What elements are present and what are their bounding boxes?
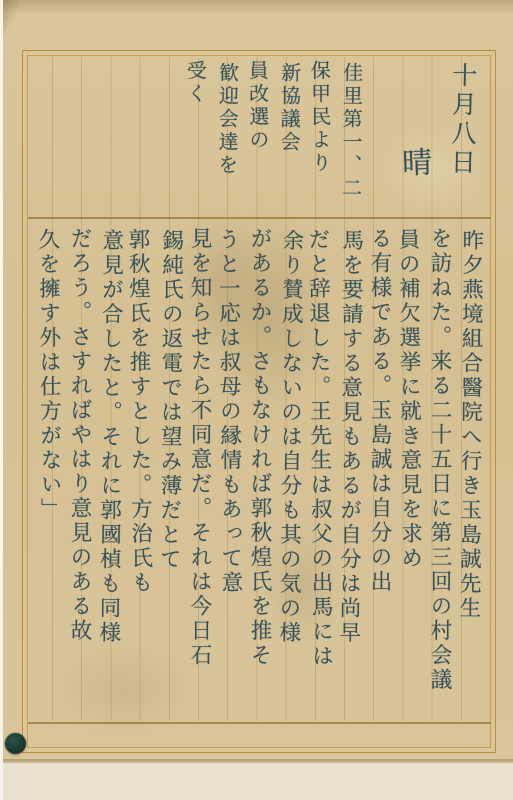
scanned-diary-page: 十月八日 晴 佳里第一、二保甲民より新協議会員改選の歓迎会達を受く 昨夕燕境組合… bbox=[0, 0, 513, 800]
margin-note-column: 保甲民より bbox=[298, 60, 330, 226]
handwritten-column: 意見が合したと。それに郭國楨も同様 bbox=[88, 229, 122, 721]
handwritten-column: うと一応は叔母の縁情もあって意 bbox=[208, 228, 242, 720]
paper-bottom-edge bbox=[3, 759, 513, 764]
diary-body-columns: 昨夕燕境組合醫院へ行き玉島誠先生を訪ねた。来る二十五日に第三回の村会議員の補欠選… bbox=[30, 227, 480, 719]
handwritten-column: 昨夕燕境組合醫院へ行き玉島誠先生 bbox=[448, 229, 482, 721]
date-heading: 十月八日 bbox=[449, 62, 476, 192]
footer-divider-line bbox=[28, 722, 491, 724]
weather-note: 晴 bbox=[401, 137, 433, 182]
handwritten-column: 員の補欠選挙に就き意見を求め bbox=[388, 228, 422, 720]
margin-note-column: 受く bbox=[174, 60, 206, 226]
handwritten-column: 見を知らせたら不同意だ。それは今日石 bbox=[180, 227, 210, 719]
margin-note-column: 歓迎会達を bbox=[205, 62, 238, 228]
handwritten-column: があるか。さもなければ郭秋煌氏を推そ bbox=[240, 227, 270, 719]
handwritten-column: だろう。さすればやはり意見のある故 bbox=[60, 227, 90, 719]
punch-hole bbox=[5, 733, 26, 754]
margin-note-column: 佳里第一、二 bbox=[329, 62, 362, 228]
handwritten-column: 錫純氏の返電では望み薄だとて bbox=[148, 229, 182, 721]
margin-note-column: 員改選の bbox=[236, 60, 268, 226]
margin-note-columns: 佳里第一、二保甲民より新協議会員改選の歓迎会達を受く bbox=[175, 60, 361, 226]
handwritten-column: を訪ねた。来る二十五日に第三回の村会議 bbox=[420, 227, 450, 719]
handwritten-column: る有様である。玉島誠は自分の出 bbox=[360, 227, 390, 719]
handwritten-column: 余り賛成しないのは自分も其の気の様 bbox=[268, 229, 302, 721]
margin-note-column: 新協議会 bbox=[267, 62, 300, 228]
handwritten-column: 久を擁す外は仕方がない」 bbox=[28, 228, 62, 720]
backing-sheet bbox=[3, 763, 513, 800]
